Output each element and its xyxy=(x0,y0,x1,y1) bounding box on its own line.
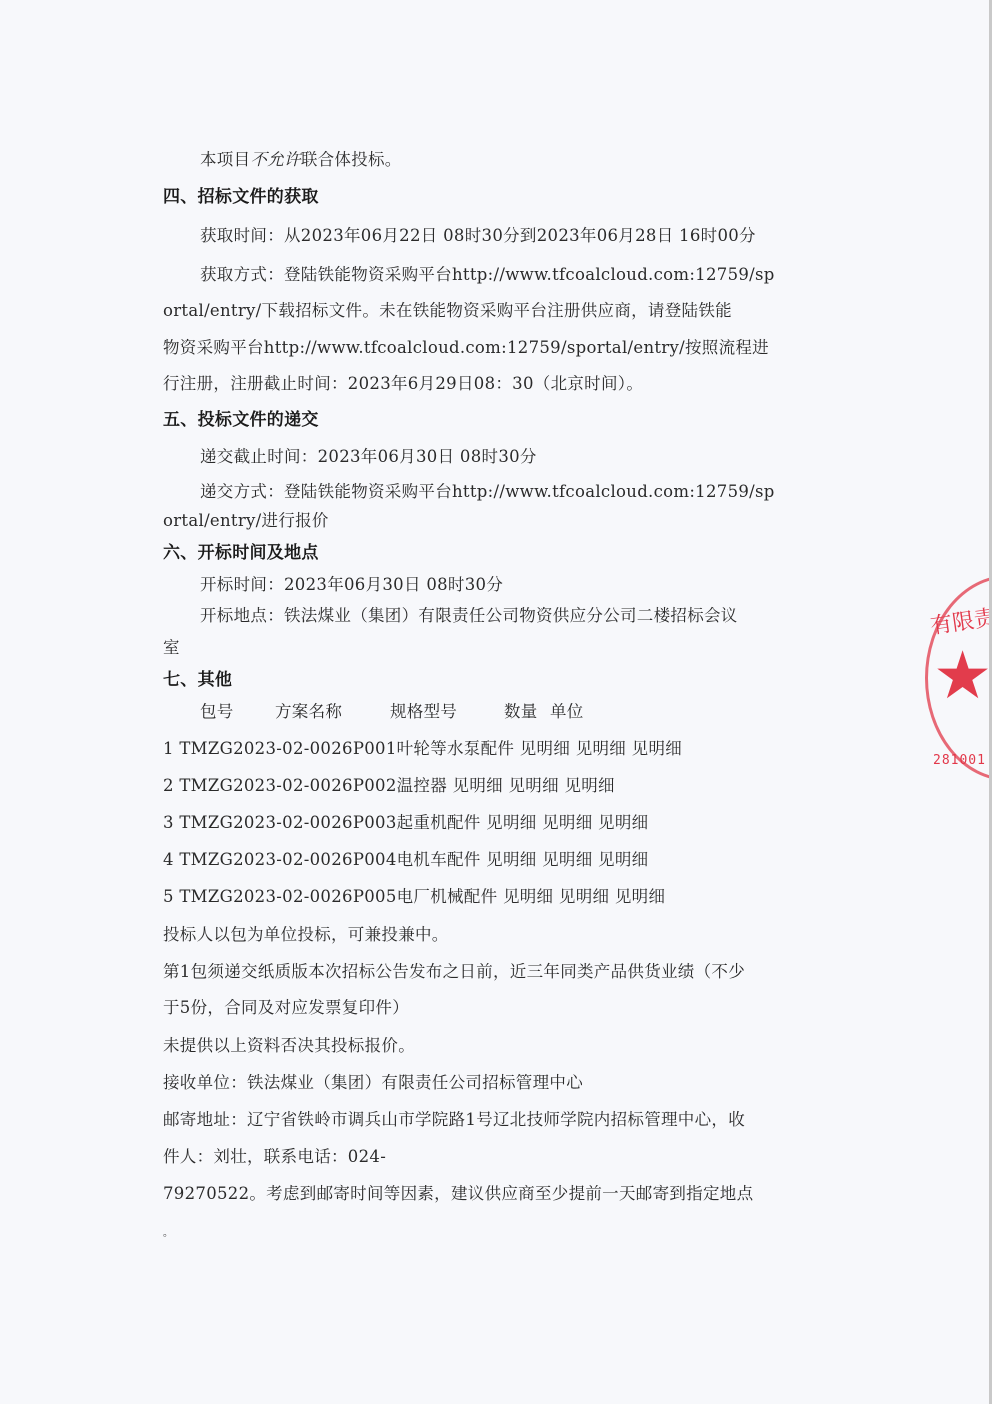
s4-method-line: 物资采购平台http://www.tfcoalcloud.com:12759/s… xyxy=(163,338,833,358)
section-5-title: 五、投标文件的递交 xyxy=(163,410,833,430)
intro-suffix: 联合体投标。 xyxy=(301,150,402,169)
s4-acquire-time: 获取时间：从2023年06月22日 08时30分到2023年06月28日 16时… xyxy=(200,226,870,246)
header-scheme-name: 方案名称 xyxy=(275,702,390,722)
intro-prefix: 本项目 xyxy=(200,150,250,169)
s4-method-line: ortal/entry/下载招标文件。未在铁能物资采购平台注册供应商，请登陆铁能 xyxy=(163,301,833,321)
official-seal: 有限责 ★ 281001 xyxy=(905,575,992,785)
s6-open-time: 开标时间：2023年06月30日 08时30分 xyxy=(200,575,870,595)
intro-italic: 不允许 xyxy=(250,150,300,169)
header-unit: 单位 xyxy=(550,702,584,722)
section-6-title: 六、开标时间及地点 xyxy=(163,543,833,563)
s4-method-line: 行注册，注册截止时间：2023年6月29日08：30（北京时间）。 xyxy=(163,374,833,394)
seal-number: 281001 xyxy=(933,753,986,768)
s5-deadline: 递交截止时间：2023年06月30日 08时30分 xyxy=(200,447,870,467)
receiver-line: 接收单位：铁法煤业（集团）有限责任公司招标管理中心 xyxy=(163,1073,833,1093)
trailing-period: 。 xyxy=(163,1224,833,1244)
package-row: 5 TMZG2023-02-0026P005电厂机械配件 见明细 见明细 见明细 xyxy=(163,887,833,907)
phone-line: 79270522。考虑到邮寄时间等因素，建议供应商至少提前一天邮寄到指定地点 xyxy=(163,1184,833,1204)
package-row: 3 TMZG2023-02-0026P003起重机配件 见明细 见明细 见明细 xyxy=(163,813,833,833)
section-7-title: 七、其他 xyxy=(163,670,833,690)
note-line: 未提供以上资料否决其投标报价。 xyxy=(163,1036,833,1056)
note-line: 于5份，合同及对应发票复印件） xyxy=(163,998,833,1018)
section-4-title: 四、招标文件的获取 xyxy=(163,187,833,207)
package-row: 2 TMZG2023-02-0026P002温控器 见明细 见明细 见明细 xyxy=(163,776,833,796)
address-line: 邮寄地址：辽宁省铁岭市调兵山市学院路1号辽北技师学院内招标管理中心，收 xyxy=(163,1110,833,1130)
s6-place-line: 开标地点：铁法煤业（集团）有限责任公司物资供应分公司二楼招标会议 xyxy=(200,606,870,626)
s5-method-line: 递交方式：登陆铁能物资采购平台http://www.tfcoalcloud.co… xyxy=(200,482,870,502)
package-row: 1 TMZG2023-02-0026P001叶轮等水泵配件 见明细 见明细 见明… xyxy=(163,739,833,759)
header-quantity: 数量 xyxy=(504,702,550,722)
s4-method-line: 获取方式：登陆铁能物资采购平台http://www.tfcoalcloud.co… xyxy=(200,265,870,285)
note-line: 投标人以包为单位投标，可兼投兼中。 xyxy=(163,925,833,945)
package-row: 4 TMZG2023-02-0026P004电机车配件 见明细 见明细 见明细 xyxy=(163,850,833,870)
star-icon: ★ xyxy=(933,643,992,709)
note-line: 第1包须递交纸质版本次招标公告发布之日前，近三年同类产品供货业绩（不少 xyxy=(163,962,833,982)
package-table-header: 包号方案名称规格型号数量单位 xyxy=(200,702,870,722)
contact-line: 件人：刘壮，联系电话：024- xyxy=(163,1147,833,1167)
intro-line: 本项目不允许联合体投标。 xyxy=(200,150,870,170)
s5-method-line: ortal/entry/进行报价 xyxy=(163,511,833,531)
header-package-no: 包号 xyxy=(200,702,275,722)
header-spec: 规格型号 xyxy=(390,702,504,722)
document-page: 本项目不允许联合体投标。 四、招标文件的获取 获取时间：从2023年06月22日… xyxy=(0,0,992,1404)
s6-place-line: 室 xyxy=(163,638,833,658)
